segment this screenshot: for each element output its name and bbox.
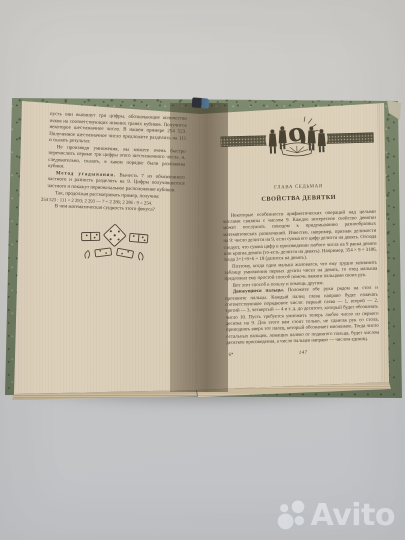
page-number: 147 [299,350,308,356]
spine-top-bookmark [192,97,210,108]
paragraph: пусть они выпишут три цифры, обозначающи… [49,112,187,149]
paragraph: Некоторые особенности арифметических опе… [223,209,377,264]
chapter-title: СВОЙСТВА ДЕВЯТКИ [222,192,375,204]
right-page-text: 9 ГЛАВА СЕДЬМАЯ СВОЙСТВА ДЕВЯТКИ Некотор… [220,114,380,361]
dice-and-domino-vignette-icon [77,220,150,264]
chapter-ornament-band-figures-with-big-nine-icon: 9 [220,114,374,164]
paragraph: Движущиеся пальцы. Положите обе руки ряд… [225,286,380,348]
watermark-brand-text: Avito [311,501,395,531]
signature-mark: 6* [229,352,234,358]
photo-of-open-book: пусть они выпишут три цифры, обозначающи… [0,0,405,540]
left-page-text: пусть они выпишут три цифры, обозначающи… [45,112,187,266]
avito-four-circles-icon [277,500,308,531]
moving-fingers-lead: Движущиеся пальцы. [233,288,284,294]
moving-fingers-rest: Положите обе руки рядом на стол и протян… [225,286,379,346]
avito-watermark: Avito [277,500,395,531]
